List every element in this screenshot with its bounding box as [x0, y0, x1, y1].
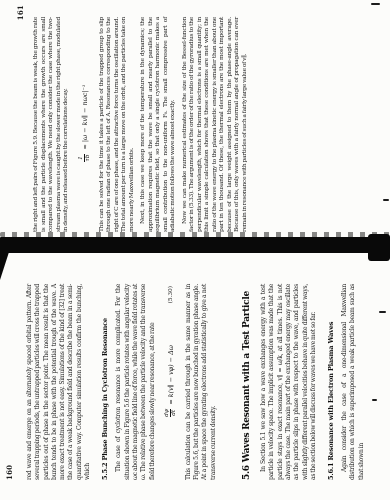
equation-fraction: 1 τb	[78, 154, 92, 163]
equation-denominator: τb	[84, 154, 92, 163]
scan-page-right: 161 the right and left pairs of Figure 5…	[0, 0, 390, 250]
equation-fraction: dψ dt	[164, 409, 178, 417]
body-paragraph: Again consider the case of a one-dimensi…	[341, 284, 366, 480]
body-paragraph: the right and left pairs of Figure 5.9. …	[33, 17, 71, 232]
body-paragraph: The case of cyclotron resonance is more …	[115, 284, 156, 480]
equation-number: (5.30)	[168, 286, 174, 303]
body-paragraph: Next, in this case we keep more of the t…	[140, 17, 178, 232]
section-heading-561: 5.6.1 Resonance with Electron Plasma Wav…	[327, 284, 335, 480]
body-paragraph: This calculation can be carried through …	[185, 284, 218, 480]
body-paragraph: This can be solved for the time it takes…	[99, 17, 137, 232]
scan-artifact	[371, 3, 380, 5]
equation-rhs: = k(v∥ − vφ) − Δω	[167, 345, 175, 405]
scan-artifact	[372, 399, 377, 401]
equation-denominator: dt	[170, 409, 178, 417]
section-heading-56: 5.6 Waves Resonant with a Test Particle	[242, 284, 252, 480]
scan-artifact	[383, 199, 389, 201]
scan-page-left: 160 red wave and emerge on an alternatel…	[0, 250, 390, 500]
scan-artifact	[379, 311, 386, 313]
display-equation: dψ dt = k(v∥ − vφ) − Δω (5.30)	[164, 284, 178, 480]
section-heading-552: 5.5.2 Phase Bunching in Cyclotron Resona…	[101, 284, 109, 480]
gutter-shadow-blob	[368, 234, 390, 261]
body-paragraph: red wave and emerge on an alternately sp…	[26, 284, 92, 480]
book-gutter-shadow	[0, 237, 390, 253]
body-paragraph: Now we can make numerical estimates of t…	[182, 17, 250, 232]
display-equation: 1 τb ≈ |ω − kv∥ − nωc|⁻¹	[78, 17, 92, 232]
scanned-book-spread: 160 red wave and emerge on an alternatel…	[0, 0, 390, 500]
body-paragraph: In Section 5.1 we saw how a wave exchang…	[260, 284, 318, 480]
equation-rhs: ≈ |ω − kv∥ − nωc|⁻¹	[81, 85, 89, 150]
